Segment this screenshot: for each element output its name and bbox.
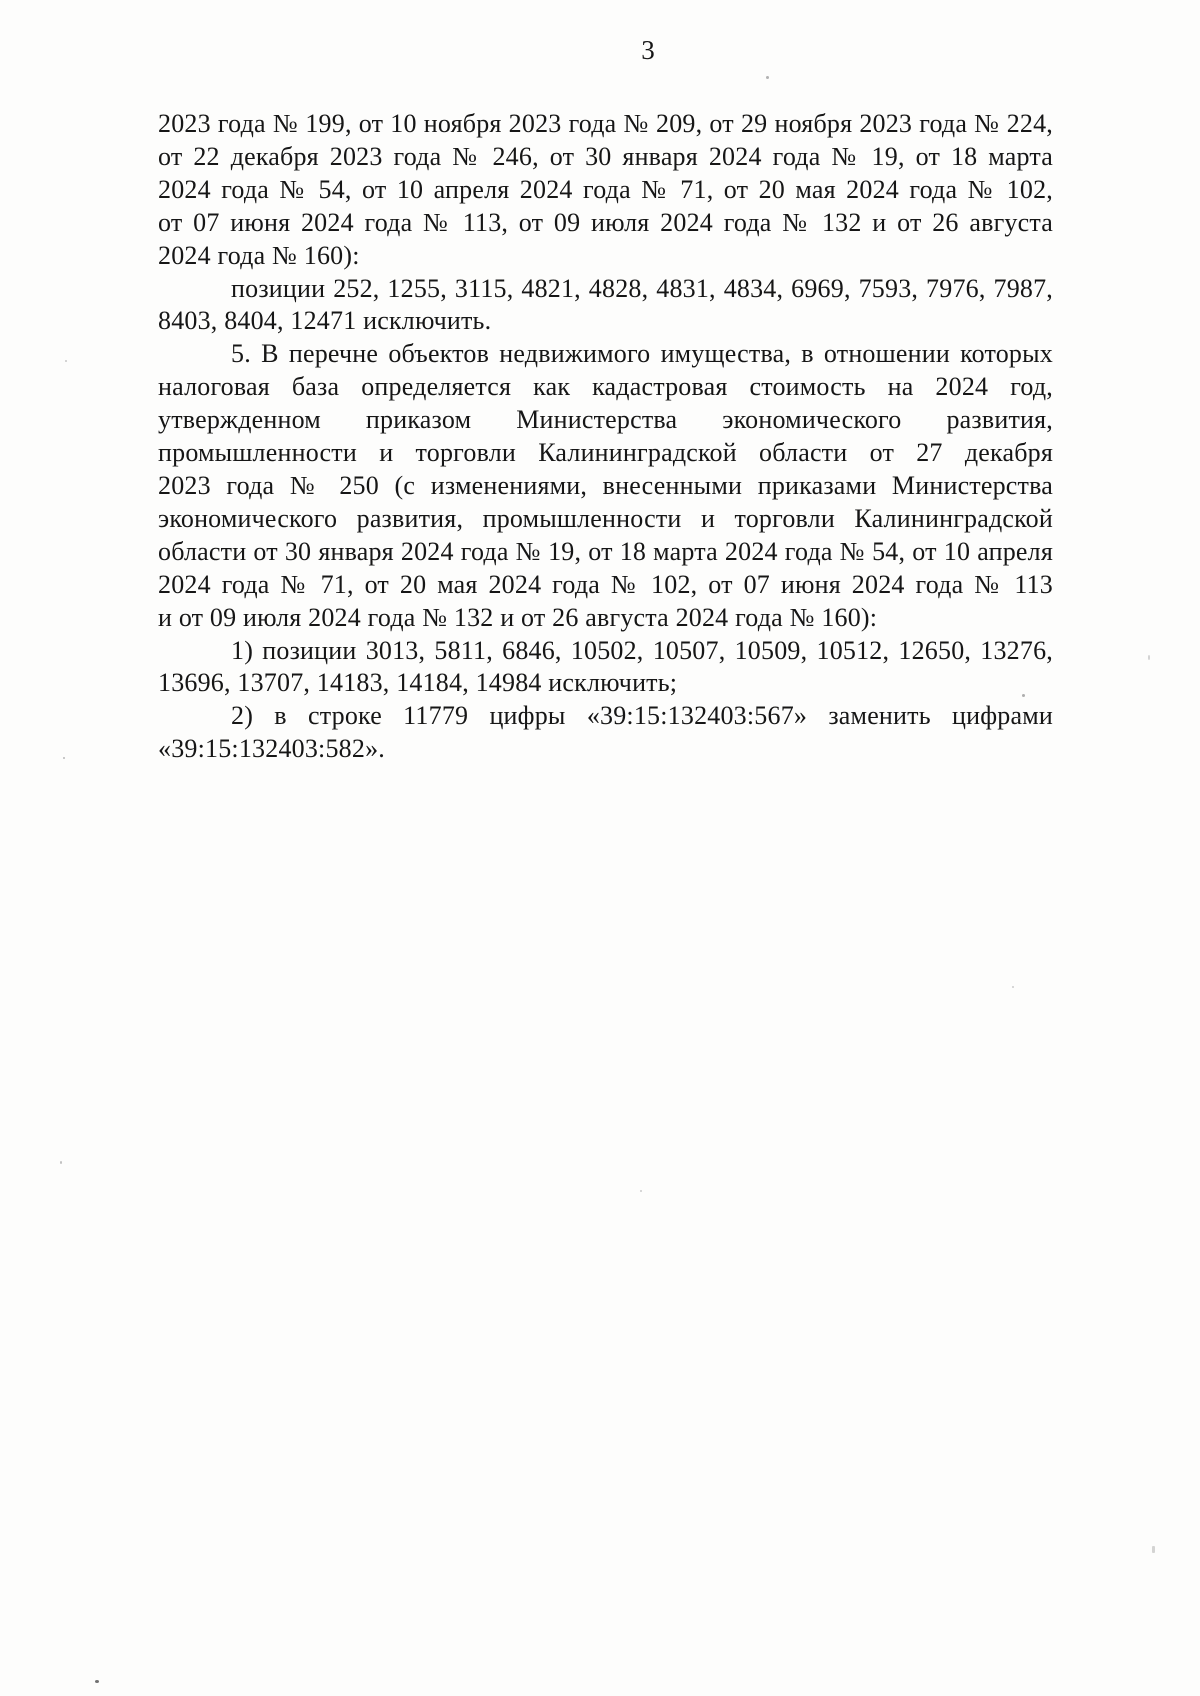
document-page: 3 2023 года № 199, от 10 ноября 2023 год… — [0, 0, 1200, 1696]
scan-speck — [63, 757, 65, 759]
text-line: 13696, 13707, 14183, 14184, 14984 исключ… — [158, 667, 1053, 700]
scan-speck — [60, 1161, 62, 1164]
page-number: 3 — [598, 34, 698, 67]
text-line: налоговая база определяется как кадастро… — [158, 371, 1053, 404]
text-line: 2024 года № 160): — [158, 240, 1053, 273]
scan-speck — [1012, 986, 1014, 988]
scan-speck — [1022, 694, 1025, 697]
text-line: 2024 года № 54, от 10 апреля 2024 года №… — [158, 174, 1053, 207]
scan-speck — [1148, 655, 1150, 660]
text-block: 2023 года № 199, от 10 ноября 2023 года … — [158, 108, 1053, 766]
text-line: от 07 июня 2024 года № 113, от 09 июля 2… — [158, 207, 1053, 240]
text-line: 8403, 8404, 12471 исключить. — [158, 305, 1053, 338]
text-line: промышленности и торговли Калининградско… — [158, 437, 1053, 470]
text-line: позиции 252, 1255, 3115, 4821, 4828, 483… — [158, 273, 1053, 306]
scan-speck — [65, 360, 67, 362]
scan-speck — [766, 76, 769, 79]
text-line: 5. В перечне объектов недвижимого имущес… — [158, 338, 1053, 371]
text-line: от 22 декабря 2023 года № 246, от 30 янв… — [158, 141, 1053, 174]
text-line: 1) позиции 3013, 5811, 6846, 10502, 1050… — [158, 635, 1053, 668]
text-line: 2023 года № 250 (с изменениями, внесенны… — [158, 470, 1053, 503]
text-line: 2024 года № 71, от 20 мая 2024 года № 10… — [158, 569, 1053, 602]
text-line: 2023 года № 199, от 10 ноября 2023 года … — [158, 108, 1053, 141]
scan-speck — [1152, 1546, 1155, 1553]
text-line: и от 09 июля 2024 года № 132 и от 26 авг… — [158, 602, 1053, 635]
scan-speck — [95, 1680, 99, 1683]
scan-speck — [640, 1190, 642, 1192]
text-line: утвержденном приказом Министерства эконо… — [158, 404, 1053, 437]
text-line: 2) в строке 11779 цифры «39:15:132403:56… — [158, 700, 1053, 733]
scan-speck — [1017, 717, 1021, 719]
text-line: «39:15:132403:582». — [158, 733, 1053, 766]
text-line: экономического развития, промышленности … — [158, 503, 1053, 536]
text-line: области от 30 января 2024 года № 19, от … — [158, 536, 1053, 569]
